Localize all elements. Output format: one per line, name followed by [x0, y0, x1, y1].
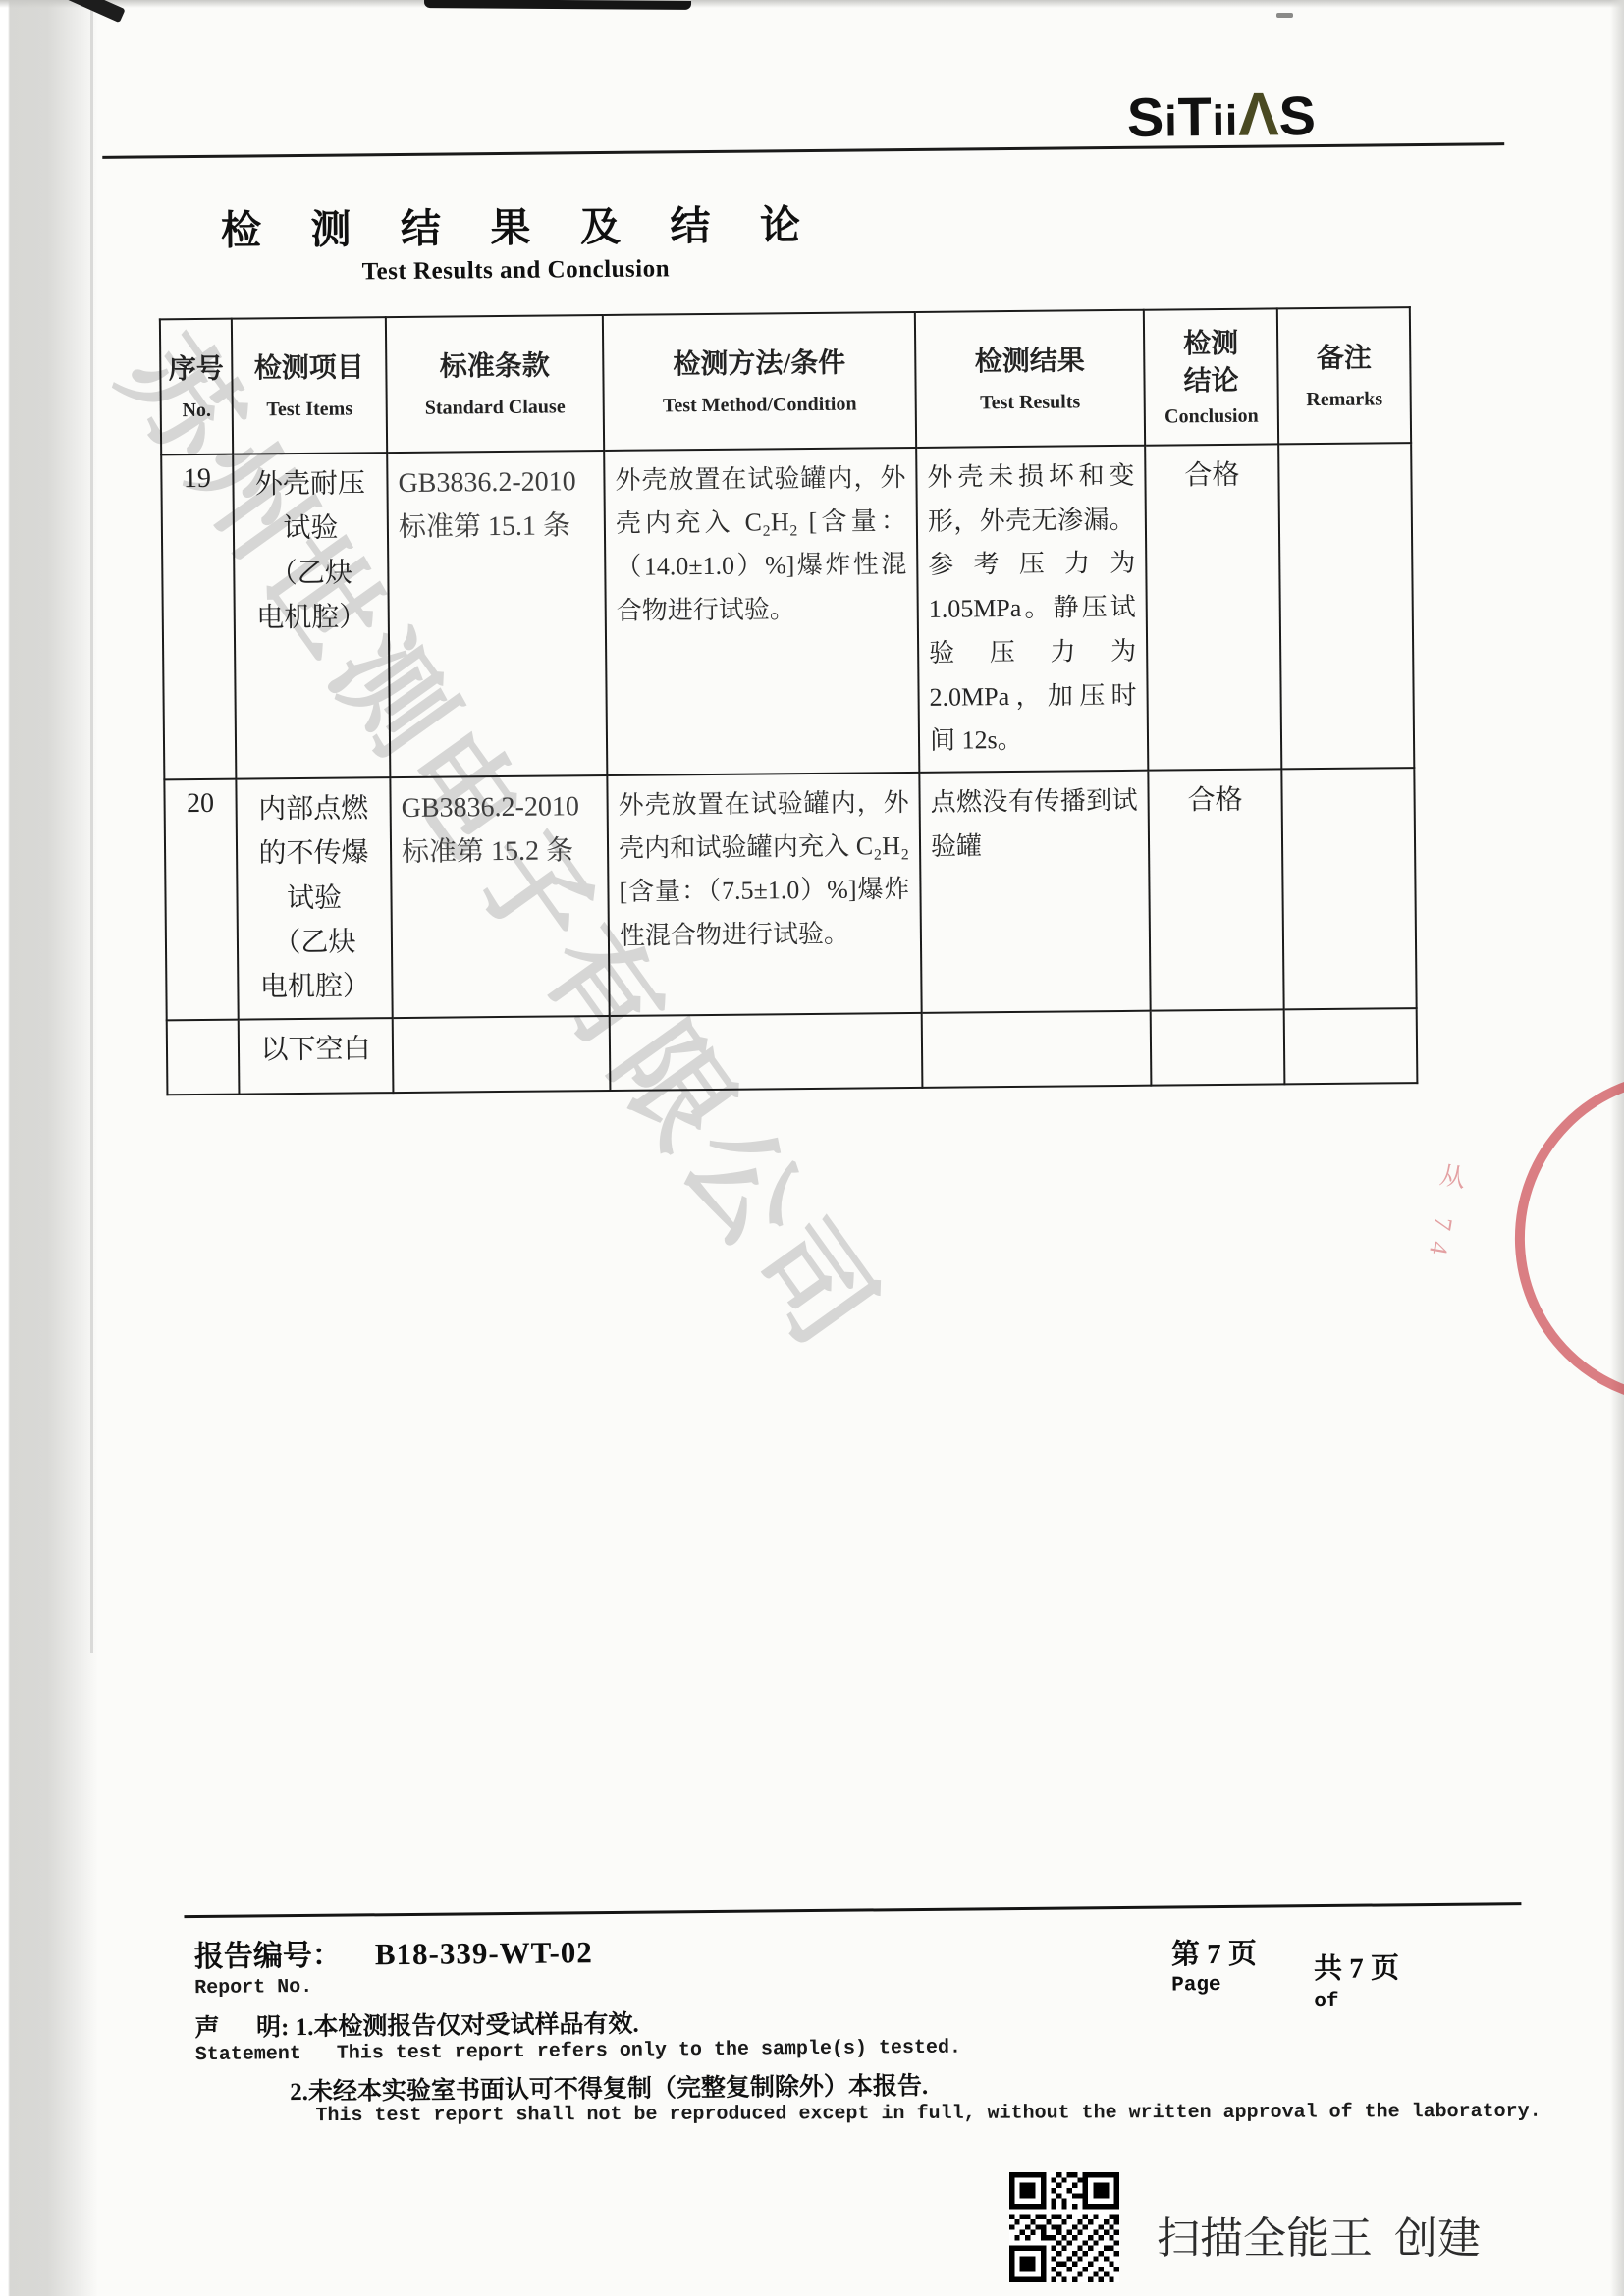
col-header-test-items: 检测项目Test Items: [232, 317, 387, 454]
cell-remarks: [1281, 768, 1416, 1009]
cell-conclusion: 合格: [1145, 444, 1281, 770]
col-header-remarks: 备注Remarks: [1277, 307, 1411, 444]
qr-code: [1009, 2171, 1119, 2283]
camscanner-created-label: 扫描全能王 创建: [1157, 2203, 1481, 2266]
cell-test-result: [922, 1011, 1152, 1088]
cell-test-item: 内部点燃 的不传爆 试验 （乙炔 电机腔）: [236, 777, 392, 1019]
page-total: 共 7 页 of: [1314, 1946, 1400, 2013]
logo-letter: T: [1177, 85, 1213, 147]
col-header-test-method: 检测方法/条件Test Method/Condition: [603, 312, 916, 451]
footer-rule: [184, 1902, 1521, 1918]
cell-test-method: 外壳放置在试验罐内，外壳内充入 C₂H₂ [含量：（14.0±1.0）%]爆炸性…: [604, 448, 919, 775]
logo-letter: i: [1164, 97, 1178, 145]
table-header-row: 序号No. 检测项目Test Items 标准条款Standard Clause…: [160, 307, 1411, 454]
logo-lambda-icon: Λ: [1238, 80, 1279, 148]
page-total-en: of: [1314, 1990, 1399, 2013]
scanned-report-page: 苏州世测电子有限公司 从 74 SiTiiΛS 检 测 结 果 及 结 论 Te…: [0, 0, 1624, 2296]
statement-line2-en: This test report shall not be reproduced…: [315, 2101, 1541, 2127]
cell-test-item: 外壳耐压 试验 （乙炔 电机腔）: [233, 453, 390, 779]
page-total-zh: 共 7 页: [1314, 1946, 1399, 1987]
cell-conclusion: 合格: [1148, 769, 1283, 1010]
qr-finder-top-right: [1083, 2172, 1119, 2209]
logo-letter: S: [1127, 86, 1165, 148]
col-header-test-results: 检测结果Test Results: [915, 310, 1145, 448]
page-title-block: 检 测 结 果 及 结 论 Test Results and Conclusio…: [156, 191, 876, 288]
report-number-line: 报告编号：B18-339-WT-02: [194, 1928, 593, 1975]
cell-standard-clause: [393, 1016, 611, 1093]
header-rule: [102, 142, 1504, 159]
logo-letter: S: [1278, 84, 1317, 146]
cell-standard-clause: GB3836.2-2010 标准第 15.1 条: [387, 451, 607, 777]
col-header-standard-clause: 标准条款Standard Clause: [386, 315, 604, 453]
cell-no: 20: [164, 779, 238, 1020]
table-row: 20 内部点燃 的不传爆 试验 （乙炔 电机腔） GB3836.2-2010 标…: [164, 768, 1416, 1020]
report-number-value: B18-339-WT-02: [375, 1935, 593, 1971]
col-header-no: 序号No.: [160, 319, 233, 455]
document-content: 苏州世测电子有限公司 从 74 SiTiiΛS 检 测 结 果 及 结 论 Te…: [0, 0, 1624, 2296]
statement-line1-zh: 声 明: 1.本检测报告仅对受试样品有效.: [194, 2004, 638, 2044]
report-number-label: 报告编号：: [194, 1940, 342, 1973]
report-number-label-en: Report No.: [194, 1976, 312, 2000]
cell-no: [167, 1019, 240, 1095]
page-number: 第 7 页 Page: [1171, 1932, 1258, 1998]
qr-finder-bottom-left: [1009, 2246, 1046, 2282]
col-header-conclusion: 检测 结论Conclusion: [1144, 308, 1278, 445]
cell-conclusion: [1151, 1009, 1285, 1085]
cell-test-result: 点燃没有传播到试验罐: [919, 771, 1150, 1013]
table-row-blank: 以下空白: [167, 1008, 1418, 1095]
page-number-zh: 第 7 页: [1171, 1932, 1257, 1973]
cell-remarks: [1278, 443, 1414, 769]
cell-test-item: 以下空白: [239, 1018, 394, 1095]
cell-test-result: 外壳未损坏和变形，外壳无渗漏。参考压力为 1.05MPa。静压试验压力为 2.0…: [916, 446, 1148, 773]
cell-no: 19: [161, 454, 236, 780]
logo-letter: ii: [1213, 97, 1239, 145]
cell-test-method: 外壳放置在试验罐内，外壳内和试验罐内充入 C₂H₂ [含量：（7.5±1.0）%…: [607, 773, 921, 1016]
test-results-table: 序号No. 检测项目Test Items 标准条款Standard Clause…: [159, 306, 1419, 1095]
red-stamp-text: 从 74: [1418, 1160, 1471, 1269]
page-title-en: Test Results and Conclusion: [156, 253, 875, 288]
cell-remarks: [1284, 1008, 1418, 1084]
page-title-zh: 检 测 结 果 及 结 论: [156, 191, 876, 256]
statement-line2-zh: 2.未经本实验室书面认可不得复制（完整复制除外）本报告.: [290, 2066, 928, 2108]
cell-standard-clause: GB3836.2-2010 标准第 15.2 条: [390, 775, 609, 1018]
red-stamp-arc: [1513, 1070, 1624, 1407]
page-number-en: Page: [1171, 1974, 1257, 1998]
qr-finder-top-left: [1009, 2172, 1046, 2209]
cell-test-method: [610, 1013, 923, 1091]
table-row: 19 外壳耐压 试验 （乙炔 电机腔） GB3836.2-2010 标准第 15…: [161, 443, 1414, 779]
sitiias-logo: SiTiiΛS: [1127, 80, 1318, 151]
